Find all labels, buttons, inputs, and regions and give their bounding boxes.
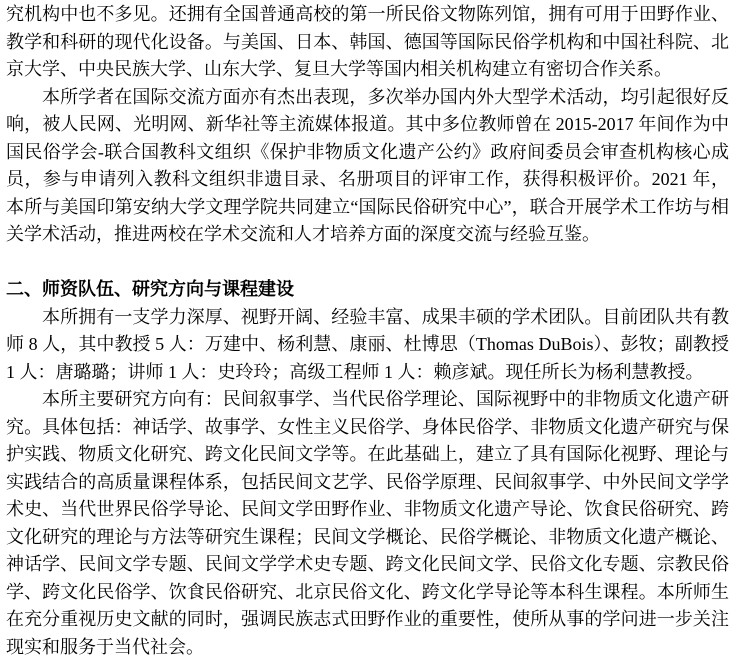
section-heading-faculty-research-curriculum: 二、师资队伍、研究方向与课程建设 [6,276,729,304]
paragraph-institute-facilities-continuation: 究机构中也不多见。还拥有全国普通高校的第一所民俗文物陈列馆，拥有可用于田野作业、… [6,1,729,84]
paragraph-research-directions-and-courses: 本所主要研究方向有：民间叙事学、当代民俗学理论、国际视野中的非物质文化遗产研究。… [6,386,729,660]
paragraph-faculty-team: 本所拥有一支学力深厚、视野开阔、经验丰富、成果丰硕的学术团队。目前团队共有教师 … [6,304,729,387]
paragraph-international-exchange: 本所学者在国际交流方面亦有杰出表现，多次举办国内外大型学术活动，均引起很好反响，… [6,84,729,249]
document-page: 究机构中也不多见。还拥有全国普通高校的第一所民俗文物陈列馆，拥有可用于田野作业、… [0,0,735,660]
